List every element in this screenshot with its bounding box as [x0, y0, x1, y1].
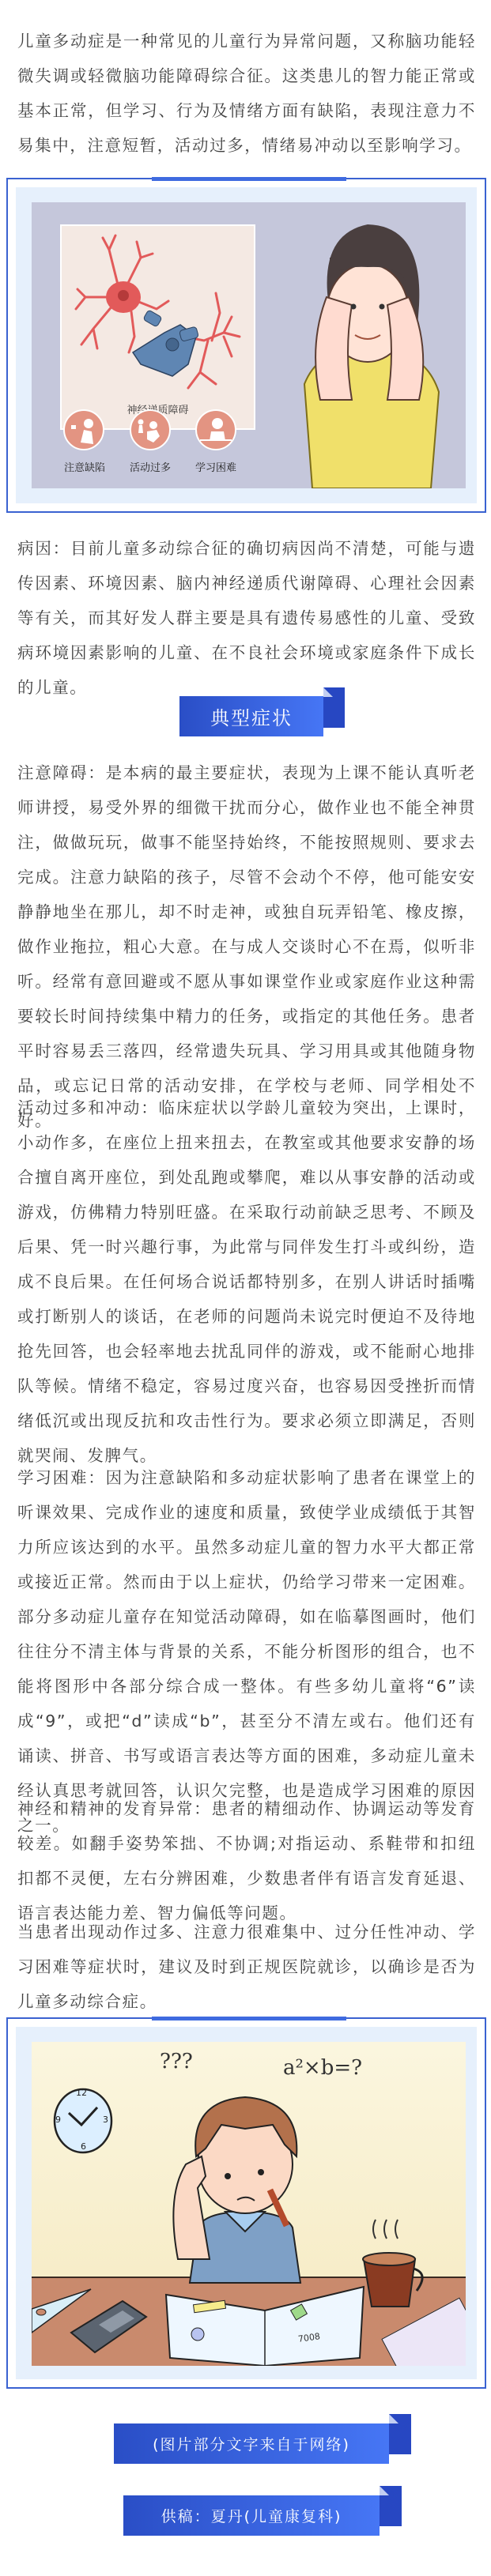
- symptom-icon-hyperactivity: [130, 409, 171, 450]
- symptom-attention-paragraph: 注意障碍：是本病的最主要症状，表现为上课不能认真听老师讲授，易受外界的细微干扰而…: [17, 755, 476, 1138]
- figure-frame-adhd: 神经递质障碍 注意缺陷 活动过多 学习困难: [6, 178, 486, 513]
- source-note: (图片部分文字来自于网络): [114, 2423, 389, 2464]
- figure-frame-studying: 12 3 6 9 ??? a²×b=? 7008: [6, 2017, 486, 2389]
- clock-number-12: 12: [76, 2088, 87, 2098]
- symptom-label-learning: 学习困难: [188, 459, 244, 474]
- symptom-development-paragraph: 神经和精神的发育异常：患者的精细动作、协调运动等发育较差。如翻手姿势笨拙、不协调…: [17, 1791, 476, 1930]
- frame-accent-bar: [152, 2017, 346, 2021]
- hyperactivity-icon: [131, 411, 169, 449]
- neuron-illustration-icon: [62, 226, 254, 396]
- symptom-label-attention: 注意缺陷: [57, 459, 112, 474]
- ribbon-fold: [380, 2486, 389, 2495]
- cause-paragraph: 病因：目前儿童多动综合征的确切病因尚不清楚，可能与遗传因素、环境因素、脑内神经递…: [17, 531, 476, 705]
- advice-paragraph: 当患者出现动作过多、注意力很难集中、过分任性冲动、学习困难等症状时，建议及时到正…: [17, 1915, 476, 2019]
- learning-difficulty-icon: [197, 411, 235, 449]
- frame-accent-bar: [152, 177, 346, 181]
- contributor-ribbon: 供稿：夏丹(儿童康复科): [123, 2486, 402, 2535]
- symptom-icon-attention: [63, 409, 104, 450]
- ruler-icon: [32, 2285, 95, 2341]
- clock-number-6: 6: [81, 2141, 86, 2152]
- ribbon-fold: [389, 2414, 398, 2423]
- ribbon-fold: [323, 687, 333, 697]
- source-note-ribbon: (图片部分文字来自于网络): [114, 2414, 411, 2463]
- clock-number-9: 9: [55, 2115, 61, 2125]
- adhd-illustration: 神经递质障碍 注意缺陷 活动过多 学习困难: [32, 202, 466, 488]
- attention-deficit-icon: [65, 411, 103, 449]
- symptom-learning-paragraph: 学习困难：因为注意缺陷和多动症状影响了患者在课堂上的听课效果、完成作业的速度和质…: [17, 1460, 476, 1843]
- symptom-icon-learning: [195, 409, 236, 450]
- intro-paragraph: 儿童多动症是一种常见的儿童行为异常问题，又称脑功能轻微失调或轻微脑功能障碍综合征…: [17, 24, 476, 163]
- symptom-hyperactivity-paragraph: 活动过多和冲动：临床症状以学龄儿童较为突出，上课时，小动作多，在座位上扭来扭去，…: [17, 1090, 476, 1473]
- contributor-credit: 供稿：夏丹(儿童康复科): [123, 2495, 380, 2536]
- studying-boy-illustration: 12 3 6 9 ??? a²×b=? 7008: [32, 2042, 466, 2366]
- girl-covering-ears-icon: [273, 202, 463, 488]
- confused-boy-icon: [142, 2069, 348, 2307]
- coffee-cup-icon: [360, 2212, 431, 2314]
- neuron-panel: 神经递质障碍: [60, 224, 255, 430]
- section-title: 典型症状: [179, 696, 323, 736]
- section-title-ribbon: 典型症状: [179, 687, 346, 736]
- clock-number-3: 3: [103, 2115, 108, 2125]
- open-book-icon: [162, 2279, 368, 2366]
- symptom-label-hyperactivity: 活动过多: [123, 459, 178, 474]
